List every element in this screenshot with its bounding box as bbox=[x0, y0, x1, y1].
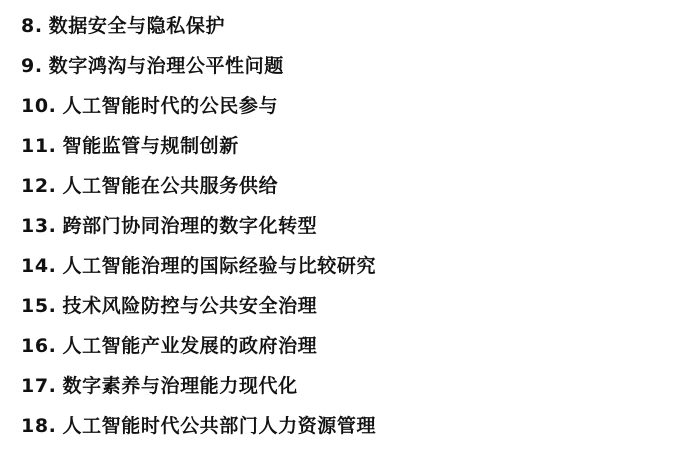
item-number: 14. bbox=[21, 252, 56, 280]
list-item: 13. 跨部门协同治理的数字化转型 bbox=[21, 206, 376, 246]
list-item: 16. 人工智能产业发展的政府治理 bbox=[21, 326, 376, 366]
list-item: 9. 数字鸿沟与治理公平性问题 bbox=[21, 46, 376, 86]
item-text: 人工智能产业发展的政府治理 bbox=[62, 332, 317, 360]
item-text: 人工智能时代公共部门人力资源管理 bbox=[62, 412, 376, 440]
item-text: 技术风险防控与公共安全治理 bbox=[62, 292, 317, 320]
item-number: 13. bbox=[21, 212, 56, 240]
item-number: 18. bbox=[21, 412, 56, 440]
item-number: 9. bbox=[21, 52, 43, 80]
item-number: 15. bbox=[21, 292, 56, 320]
list-item: 11. 智能监管与规制创新 bbox=[21, 126, 376, 166]
item-text: 智能监管与规制创新 bbox=[62, 132, 238, 160]
item-text: 人工智能在公共服务供给 bbox=[62, 172, 278, 200]
numbered-topic-list: 8. 数据安全与隐私保护 9. 数字鸿沟与治理公平性问题 10. 人工智能时代的… bbox=[21, 6, 376, 446]
item-number: 12. bbox=[21, 172, 56, 200]
item-number: 16. bbox=[21, 332, 56, 360]
list-item: 18. 人工智能时代公共部门人力资源管理 bbox=[21, 406, 376, 446]
list-item: 8. 数据安全与隐私保护 bbox=[21, 6, 376, 46]
list-item: 12. 人工智能在公共服务供给 bbox=[21, 166, 376, 206]
item-text: 人工智能时代的公民参与 bbox=[62, 92, 278, 120]
list-item: 15. 技术风险防控与公共安全治理 bbox=[21, 286, 376, 326]
item-number: 10. bbox=[21, 92, 56, 120]
item-text: 跨部门协同治理的数字化转型 bbox=[62, 212, 317, 240]
item-text: 人工智能治理的国际经验与比较研究 bbox=[62, 252, 376, 280]
item-text: 数字鸿沟与治理公平性问题 bbox=[49, 52, 284, 80]
item-number: 11. bbox=[21, 132, 56, 160]
item-number: 17. bbox=[21, 372, 56, 400]
list-item: 10. 人工智能时代的公民参与 bbox=[21, 86, 376, 126]
item-number: 8. bbox=[21, 12, 43, 40]
item-text: 数字素养与治理能力现代化 bbox=[62, 372, 297, 400]
item-text: 数据安全与隐私保护 bbox=[49, 12, 225, 40]
list-item: 17. 数字素养与治理能力现代化 bbox=[21, 366, 376, 406]
list-item: 14. 人工智能治理的国际经验与比较研究 bbox=[21, 246, 376, 286]
